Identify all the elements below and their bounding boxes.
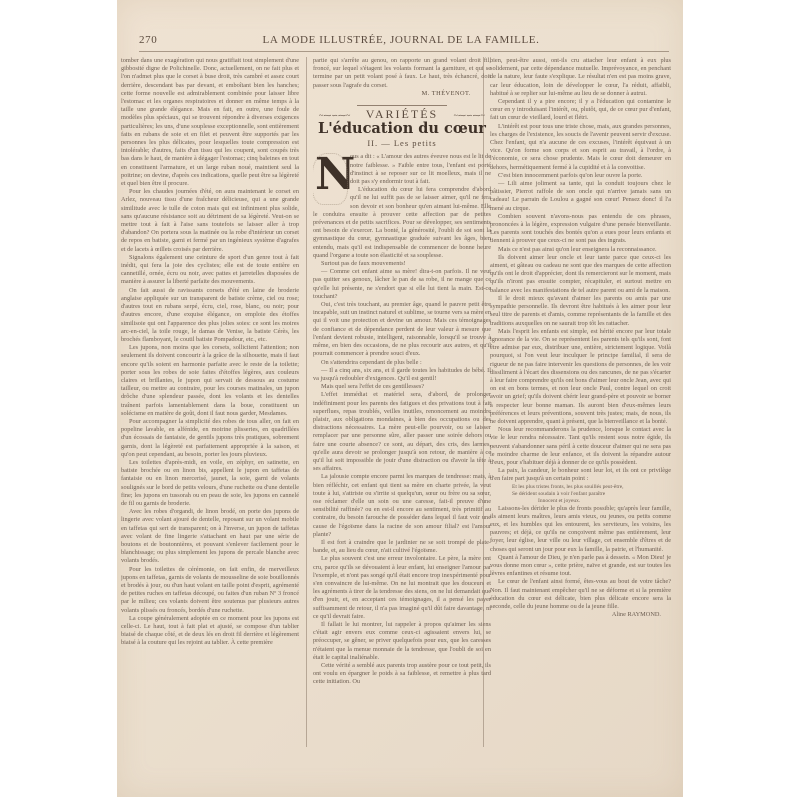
running-head: 270 LA MODE ILLUSTRÉE, JOURNAL DE LA FAM…	[139, 34, 663, 50]
paragraph: Ils doivent aimer leur oncle et leur tan…	[490, 254, 671, 295]
section-label-text: VARIÉTÉS	[366, 107, 438, 121]
paragraph: Il fallait le lui montrer, lui rappeler …	[313, 621, 491, 662]
column-divider	[306, 57, 307, 747]
paragraph: Cependant il y a pire encore; il y a l'é…	[490, 98, 671, 123]
flourish-ornament-icon: ~⁓∽⁓~	[319, 112, 350, 120]
paragraph: tomber dans une exagération qui nous gra…	[121, 57, 299, 188]
paragraph: La jalousie compte encore parmi les marq…	[313, 473, 491, 539]
paragraph: Oui, c'est très touchant, au premier âge…	[313, 301, 491, 358]
paragraph: Laissons-les dérider le plus de fronts p…	[490, 505, 671, 554]
column-2: partie qui s'arrête au genou, on rapport…	[313, 57, 491, 743]
paragraph: — Comme cet enfant aime sa mère! dira-t-…	[313, 268, 491, 301]
paragraph: Les jupons, non moins que les corsets, s…	[121, 344, 299, 418]
paragraph: Surtout pas de faux mouvements!	[313, 260, 491, 268]
journal-page: 270 LA MODE ILLUSTRÉE, JOURNAL DE LA FAM…	[117, 0, 683, 797]
paragraph: Cette vérité a semblé aux parents trop a…	[313, 662, 491, 687]
paragraph: La coupe généralement adoptée en ce mome…	[121, 615, 299, 648]
article-opening: N ous a dit : « L'amour des autres éveuv…	[313, 153, 491, 186]
paragraph: On s'attendrira cependant de plus belle …	[313, 359, 491, 367]
paragraph: L'intérêt est pour tous une triste chose…	[490, 123, 671, 172]
paragraph: C'est bien innocemment parfois qu'on leu…	[490, 172, 671, 180]
paragraph: On fait aussi de ravissants corsets d'ét…	[121, 287, 299, 344]
author-signature: Aline RAYMOND.	[490, 611, 671, 619]
paragraph: Pour accompagner la simplicité des robes…	[121, 418, 299, 459]
paragraph: Combien souvent n'avons-nous pas entendu…	[490, 213, 671, 246]
paragraph: L'effet immédiat et matériel sera, d'abo…	[313, 391, 491, 473]
paragraph: Il le droit mieux qu'avant d'aimer les p…	[490, 295, 671, 328]
paragraph: Avec les robes d'organdi, de linon brodé…	[121, 508, 299, 565]
section-heading: ~⁓∽⁓~ VARIÉTÉS ~⁓∽⁓~	[313, 110, 491, 118]
paragraph: Mais ce n'est pas ainsi qu'on leur ensei…	[490, 246, 671, 254]
paragraph: — Lili aime joliment sa tante, qui la co…	[490, 180, 671, 213]
paragraph: Il est fort à craindre que le jardinier …	[313, 539, 491, 555]
paragraph: Pour les toilettes de cérémonie, on fait…	[121, 566, 299, 615]
paragraph: Mais quel sera l'effet de ces gentilless…	[313, 383, 491, 391]
paragraph: La paix, la candeur, le bonheur sont leu…	[490, 467, 671, 483]
verse-line: Se dérident soudain à voir l'enfant para…	[490, 491, 671, 498]
paragraph: bien, peut-être aussi, ont-ils cru attac…	[490, 57, 671, 98]
column-divider	[483, 57, 484, 747]
column-1: tomber dans une exagération qui nous gra…	[121, 57, 299, 742]
paragraph: Signalons également une ceinture de spor…	[121, 254, 299, 287]
verse-line: Et les plus tristes fronts, les plus sou…	[490, 484, 671, 491]
paragraph: — Il a cinq ans, six ans, et il garde to…	[313, 367, 491, 383]
article-subtitle: II. — Les petits	[313, 139, 491, 147]
paragraph: partie qui s'arrête au genou, on rapport…	[313, 57, 491, 90]
paragraph: Pour les chaudes journées d'été, on aura…	[121, 188, 299, 254]
paragraph: Le cœur de l'enfant ainsi formé, êtes-vo…	[490, 578, 671, 611]
paragraph: Quant à l'amour de Dieu, je n'en parle p…	[490, 554, 671, 579]
article-title: L'éducation du cœur	[313, 120, 491, 137]
column-3: bien, peut-être aussi, ont-ils cru attac…	[490, 57, 671, 737]
paragraph: Mais l'esprit les enfants est simple, es…	[490, 328, 671, 426]
paragraph: Le plus souvent c'est une erreur involon…	[313, 555, 491, 621]
flourish-ornament-icon: ~⁓∽⁓~	[454, 112, 485, 120]
journal-title: LA MODE ILLUSTRÉE, JOURNAL DE LA FAMILLE…	[139, 34, 663, 46]
ornate-dropcap-icon: N	[315, 153, 347, 203]
paragraph: Les toilettes d'après-midi, en voile, en…	[121, 459, 299, 508]
author-signature: M. THÉVENOT.	[313, 90, 491, 98]
header-divider	[139, 51, 669, 52]
paragraph: Nous leur recommanderons la prudence, lo…	[490, 426, 671, 467]
verse-line: Innocent et joyeux.	[490, 498, 671, 505]
section-divider	[357, 105, 447, 106]
